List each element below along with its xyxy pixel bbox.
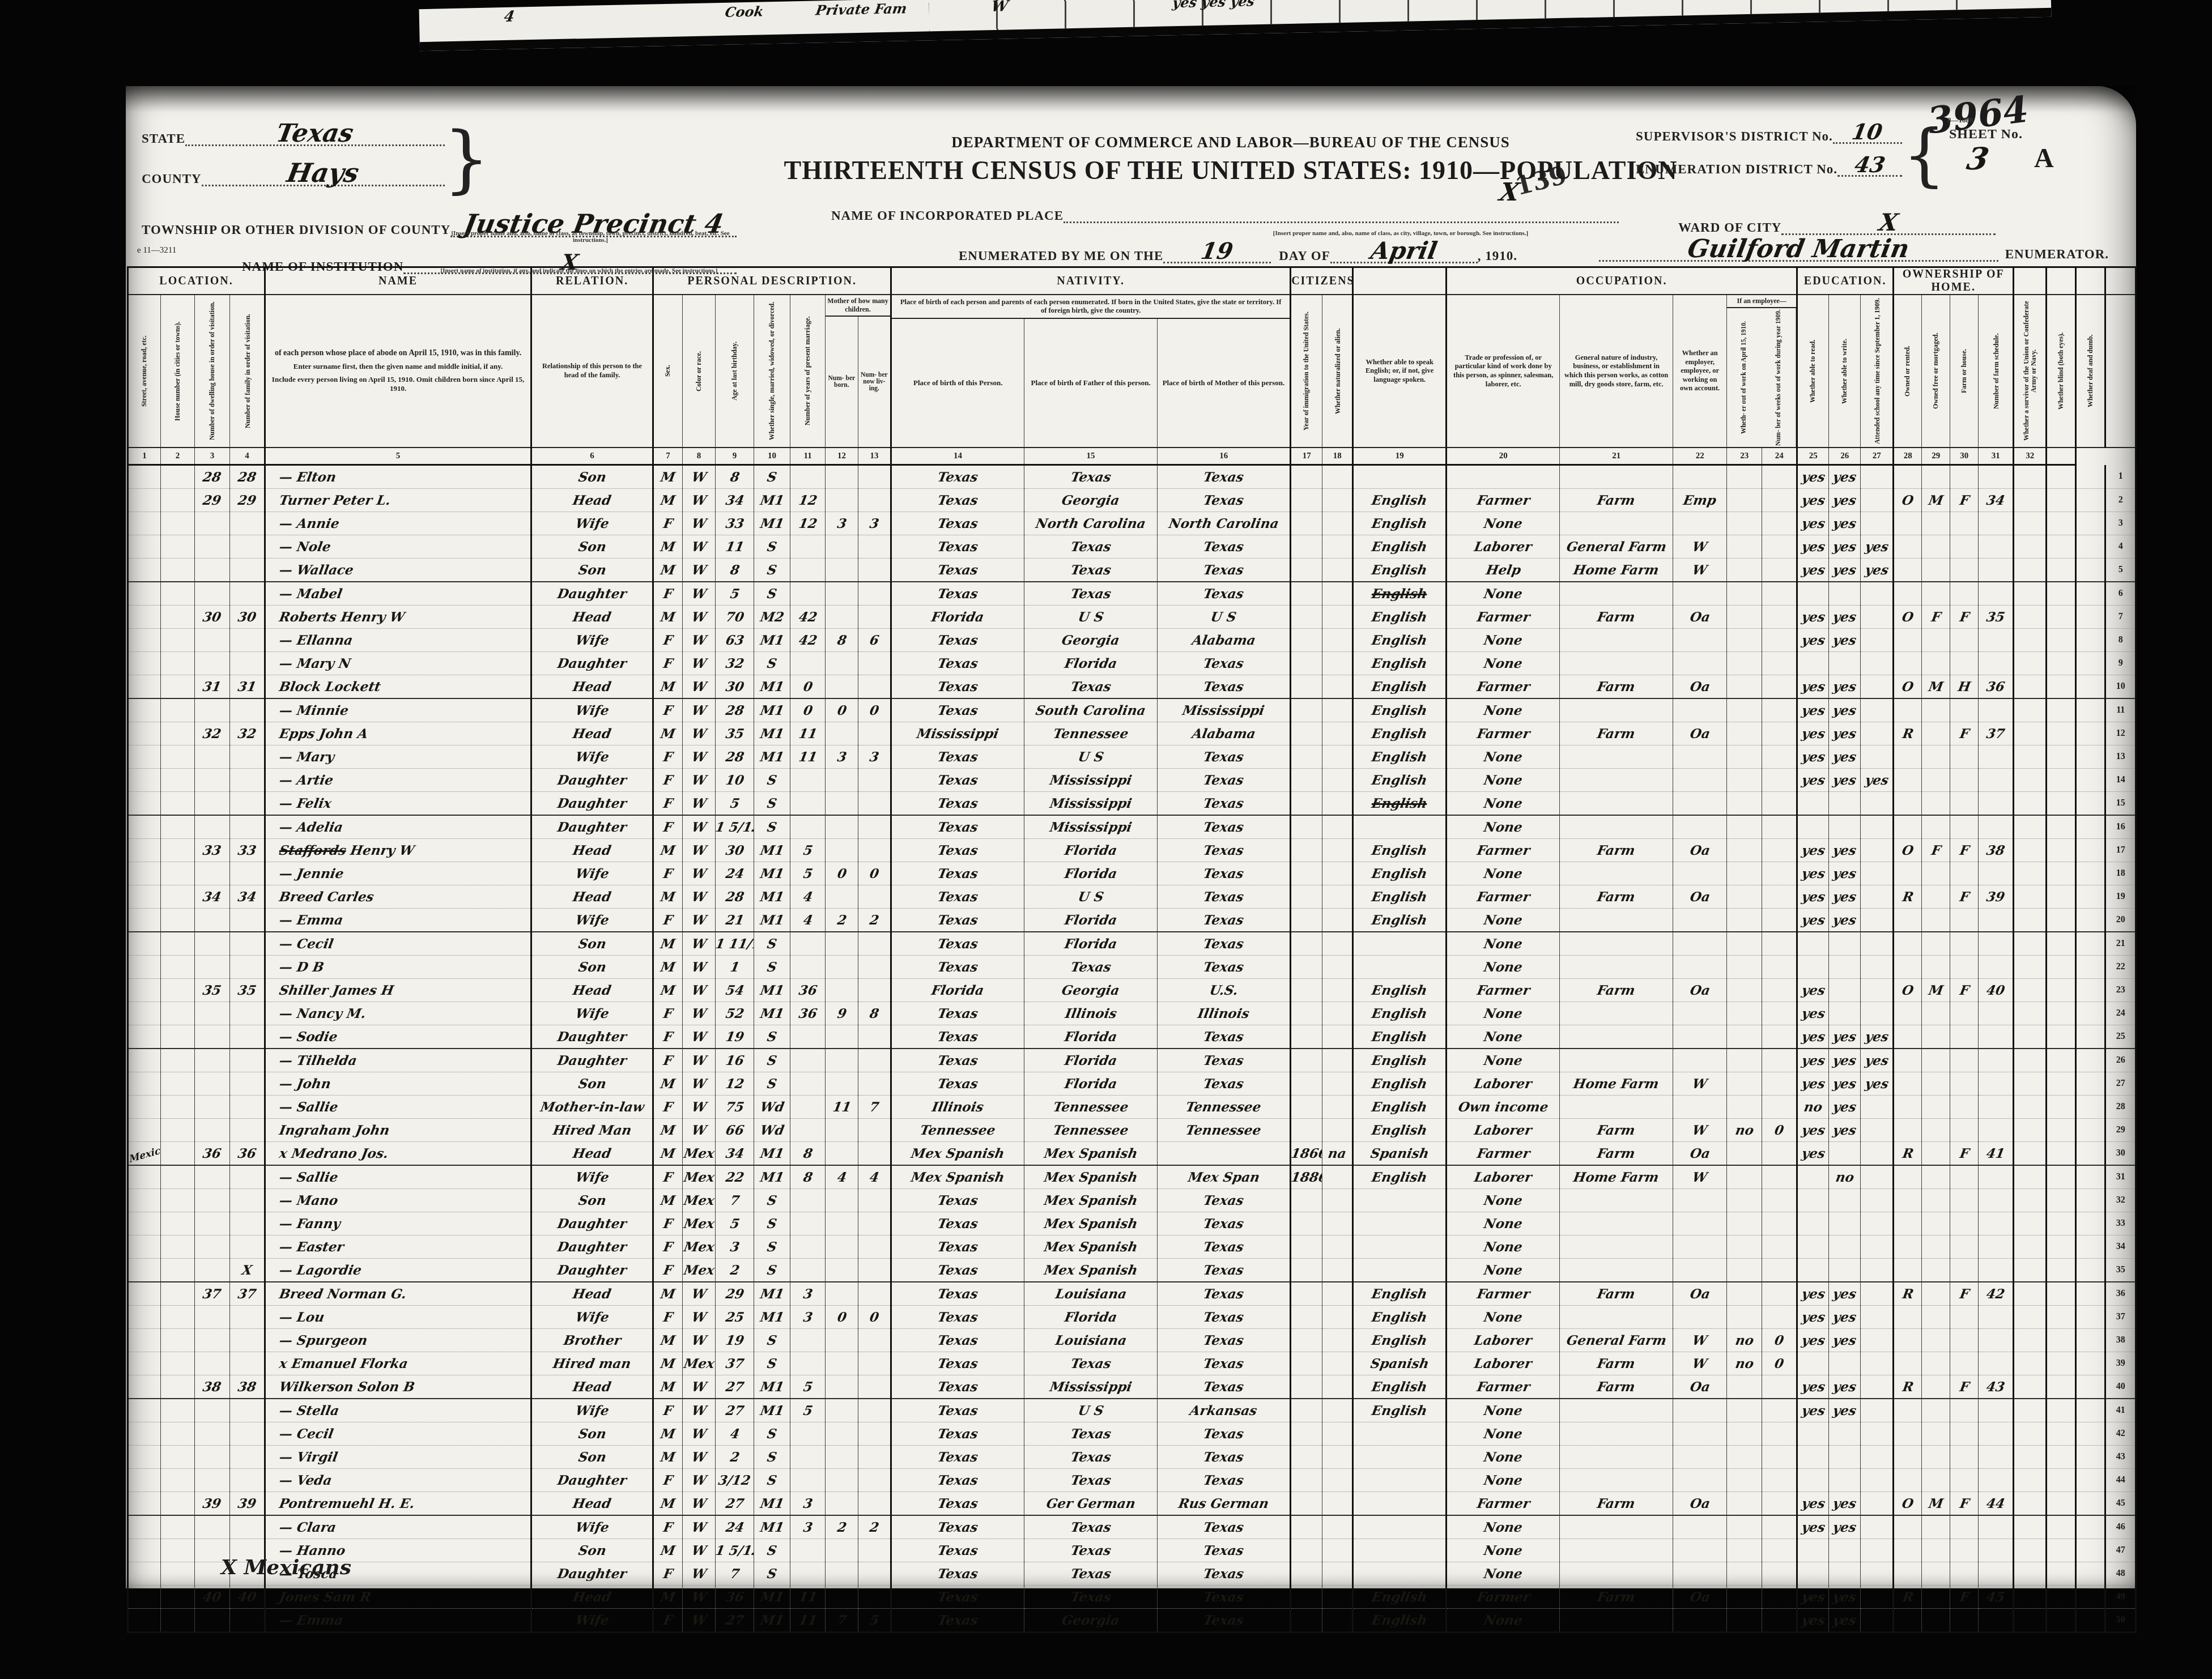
handwritten-value: None <box>1483 516 1524 531</box>
cell-children_born <box>826 885 858 909</box>
cell-dwelling <box>195 1329 230 1352</box>
cell-employer_class <box>1673 815 1727 839</box>
cell-name: — Sallie <box>265 1096 531 1119</box>
handwritten-value: 32 <box>237 726 258 742</box>
cell-street <box>128 512 161 535</box>
handwritten-value: — Lou <box>278 1310 326 1325</box>
handwritten-value: M1 <box>759 1379 785 1395</box>
handwritten-value: W <box>690 1053 708 1068</box>
handwritten-value: F <box>662 633 674 648</box>
handwritten-value: Mississippi <box>1049 796 1133 811</box>
cell-children_living <box>858 1492 891 1516</box>
handwritten-value: W <box>690 1496 708 1511</box>
cell-industry <box>1560 792 1673 816</box>
handwritten-value: Daughter <box>556 1566 628 1582</box>
handwritten-value: — Nancy M. <box>278 1006 367 1021</box>
cell-age: 11 <box>716 535 754 559</box>
label-immigration: Year of immigration to the United States… <box>1291 295 1322 448</box>
cell-name: Breed Norman G. <box>265 1282 531 1306</box>
cell-mother_birthplace: Texas <box>1158 1446 1291 1469</box>
handwritten-value: Farm <box>1596 983 1636 998</box>
cell-father_birthplace: Texas <box>1024 535 1158 559</box>
cell-relation: Son <box>531 932 653 956</box>
handwritten-value: W <box>690 749 708 765</box>
cell-reads: yes <box>1797 769 1829 792</box>
cell-relation: Brother <box>531 1329 653 1352</box>
cell-father_birthplace: Illinois <box>1024 1002 1158 1025</box>
handwritten-value: Oa <box>1688 983 1711 998</box>
cell-industry <box>1560 652 1673 675</box>
handwritten-value: 1 5/12 <box>716 820 754 835</box>
cell-occupation: Farmer <box>1447 839 1560 862</box>
cell-dwelling <box>195 535 230 559</box>
handwritten-value: yes <box>1800 913 1826 928</box>
cell-relation: Wife <box>531 1609 653 1633</box>
cell-occupation: Own income <box>1447 1096 1560 1119</box>
handwritten-value: 42 <box>797 610 818 625</box>
cell-children_born: 0 <box>826 1306 858 1329</box>
cell-house <box>161 745 195 769</box>
handwritten-value: Texas <box>1202 1613 1245 1628</box>
cell-years_married: 8 <box>790 1165 826 1189</box>
cell-father_birthplace: Texas <box>1024 1586 1158 1609</box>
handwritten-value: yes <box>1800 1029 1826 1045</box>
cell-occupation: Farmer <box>1447 606 1560 629</box>
cell-line: 36 <box>2105 1282 2136 1306</box>
handwritten-value: yes <box>1800 1076 1826 1092</box>
cell-name: — Clara <box>265 1515 531 1539</box>
handwritten-value: — Ellanna <box>278 633 354 648</box>
cell-children_living <box>858 1142 891 1166</box>
cell-reads: yes <box>1797 1072 1829 1096</box>
cell-dwelling: 35 <box>195 979 230 1002</box>
cell-house <box>161 956 195 979</box>
cell-street <box>128 629 161 652</box>
cell-children_born <box>826 956 858 979</box>
cell-children_living <box>858 535 891 559</box>
table-row: 3434Breed CarlesHeadMW28M14TexasU STexas… <box>128 885 2136 909</box>
handwritten-value: 44 <box>1985 1496 2006 1511</box>
handwritten-value: 34 <box>1985 493 2006 508</box>
handwritten-value: Louisiana <box>1054 1286 1128 1302</box>
cell-dwelling <box>195 932 230 956</box>
cell-immigration_year <box>1291 465 1322 489</box>
cell-family <box>230 535 265 559</box>
handwritten-value: Mex <box>683 1193 716 1208</box>
cell-farm_house: F <box>1950 489 1979 512</box>
cell-children_born: 3 <box>826 512 858 535</box>
census-title: THIRTEENTH CENSUS OF THE UNITED STATES: … <box>692 155 1769 185</box>
cell-sex: F <box>653 792 683 816</box>
handwritten-value: Texas <box>937 796 979 811</box>
cell-immigration_year <box>1291 1446 1322 1469</box>
handwritten-value: F <box>662 1216 674 1231</box>
handwritten-value: 32 <box>202 726 223 742</box>
handwritten-value: 39 <box>237 1496 258 1511</box>
cell-sex: F <box>653 862 683 885</box>
handwritten-value: 8 <box>836 633 848 648</box>
handwritten-value: F <box>662 913 674 928</box>
handwritten-value: W <box>690 610 708 625</box>
cell-owned_rented <box>1894 1119 1922 1142</box>
cell-father_birthplace: Florida <box>1024 909 1158 932</box>
cell-language <box>1353 1189 1447 1212</box>
cell-employer_class <box>1673 956 1727 979</box>
cell-owned_rented <box>1894 1422 1922 1446</box>
cell-naturalized <box>1322 559 1353 582</box>
cell-farm_house <box>1950 862 1979 885</box>
handwritten-value: M <box>660 562 677 578</box>
cell-owned_rented <box>1894 652 1922 675</box>
cell-language: English <box>1353 1165 1447 1189</box>
cell-immigration_year <box>1291 698 1322 722</box>
cell-owned_rented <box>1894 1306 1922 1329</box>
cell-deaf <box>2076 559 2105 582</box>
cell-weeks_out <box>1762 839 1797 862</box>
handwritten-value: Farmer <box>1475 1379 1531 1395</box>
cell-years_married: 11 <box>790 1586 826 1609</box>
cell-blind <box>2047 1422 2076 1446</box>
handwritten-value: 3 <box>729 1239 741 1255</box>
cell-occupation: None <box>1447 1446 1560 1469</box>
cell-marital: M1 <box>754 1282 790 1306</box>
handwritten-value: Texas <box>937 936 979 952</box>
cell-free_mortgaged <box>1922 535 1950 559</box>
cell-free_mortgaged <box>1922 1049 1950 1072</box>
cell-occupation: Farmer <box>1447 1282 1560 1306</box>
cell-marital: S <box>754 1259 790 1282</box>
cell-mother_birthplace: Rus German <box>1158 1492 1291 1516</box>
cell-farm_schedule <box>1979 1212 2014 1235</box>
handwritten-value: M <box>660 1356 677 1371</box>
cell-line: 45 <box>2105 1492 2136 1516</box>
cell-house <box>161 769 195 792</box>
cell-language: English <box>1353 629 1447 652</box>
cell-naturalized <box>1322 1539 1353 1562</box>
cell-reads <box>1797 1469 1829 1492</box>
cell-occupation: Help <box>1447 559 1560 582</box>
cell-marital: M1 <box>754 1609 790 1633</box>
handwritten-value: Arkansas <box>1189 1403 1258 1418</box>
cell-farm_house: F <box>1950 979 1979 1002</box>
cell-naturalized <box>1322 1212 1353 1235</box>
cell-birthplace: Texas <box>891 652 1024 675</box>
cell-free_mortgaged <box>1922 909 1950 932</box>
cell-owned_rented <box>1894 1212 1922 1235</box>
cell-immigration_year: 1886 <box>1291 1165 1322 1189</box>
sheet-value: 3 <box>1964 140 1992 177</box>
cell-occupation: None <box>1447 582 1560 606</box>
cell-birthplace: Texas <box>891 885 1024 909</box>
handwritten-value: 24 <box>724 866 745 881</box>
handwritten-value: Texas <box>937 679 979 694</box>
handwritten-value: Farmer <box>1475 1146 1531 1161</box>
cell-mother_birthplace: Texas <box>1158 652 1291 675</box>
cell-blind <box>2047 1375 2076 1399</box>
label-color: Color or race. <box>683 295 716 448</box>
cell-sex: F <box>653 512 683 535</box>
handwritten-value: English <box>1371 773 1428 788</box>
cell-street <box>128 1375 161 1399</box>
cell-father_birthplace: Texas <box>1024 1422 1158 1446</box>
cell-mother_birthplace: Texas <box>1158 745 1291 769</box>
handwritten-value: Farmer <box>1475 726 1531 742</box>
cell-survivor <box>2014 652 2047 675</box>
cell-relation: Head <box>531 1282 653 1306</box>
handwritten-value: — Virgil <box>278 1450 339 1465</box>
cell-language <box>1353 1446 1447 1469</box>
cell-farm_schedule <box>1979 792 2014 816</box>
cell-dwelling <box>195 862 230 885</box>
cell-employer_class: Oa <box>1673 1492 1727 1516</box>
handwritten-value: yes <box>1800 1123 1826 1138</box>
handwritten-value: — Felix <box>278 796 333 811</box>
handwritten-value: Block Lockett <box>278 679 382 694</box>
cell-mother_birthplace: Texas <box>1158 862 1291 885</box>
group-title: OCCUPATION. <box>1447 267 1797 295</box>
cell-owned_rented <box>1894 769 1922 792</box>
handwritten-value: M1 <box>759 1403 785 1418</box>
cell-writes <box>1829 1469 1861 1492</box>
cell-marital: S <box>754 769 790 792</box>
label-age: Age at last birthday. <box>716 295 754 448</box>
cell-blind <box>2047 652 2076 675</box>
handwritten-value: 30 <box>724 679 745 694</box>
cell-naturalized <box>1322 1025 1353 1049</box>
handwritten-value: Farm <box>1596 1286 1636 1302</box>
cell-sex: M <box>653 1282 683 1306</box>
cell-farm_house: F <box>1950 1586 1979 1609</box>
cell-marital: S <box>754 1329 790 1352</box>
label-trade: Trade or profession of, or particular ki… <box>1447 295 1560 448</box>
cell-dwelling: 39 <box>195 1492 230 1516</box>
state-value: Texas <box>274 119 356 148</box>
cell-mother_birthplace: Texas <box>1158 675 1291 699</box>
handwritten-value: M <box>660 936 677 952</box>
cell-birthplace: Texas <box>891 629 1024 652</box>
cell-line: 6 <box>2105 582 2136 606</box>
handwritten-value: W <box>690 1029 708 1045</box>
enumerated-label: ENUMERATED BY ME ON THE <box>959 249 1163 263</box>
handwritten-value: English <box>1371 1403 1428 1418</box>
cell-language: English <box>1353 512 1447 535</box>
cell-industry: Farm <box>1560 1492 1673 1516</box>
handwritten-value: Head <box>572 889 612 905</box>
cell-farm_house <box>1950 1469 1979 1492</box>
handwritten-value: 34 <box>724 1146 745 1161</box>
handwritten-value: S <box>766 1473 778 1488</box>
label-reads: Whether able to read. <box>1797 295 1829 448</box>
cell-industry: Home Farm <box>1560 1165 1673 1189</box>
cell-immigration_year <box>1291 675 1322 699</box>
handwritten-value: 40 <box>1985 983 2006 998</box>
cell-family <box>230 629 265 652</box>
cell-sex: F <box>653 582 683 606</box>
handwritten-value: Mex <box>683 1263 716 1278</box>
cell-father_birthplace: Ger German <box>1024 1492 1158 1516</box>
cell-deaf <box>2076 1282 2105 1306</box>
handwritten-value: 27 <box>724 1403 745 1418</box>
handwritten-value: F <box>662 1310 674 1325</box>
cell-race: Mex <box>683 1189 716 1212</box>
handwritten-value: Texas <box>937 889 979 905</box>
cell-sex: F <box>653 1609 683 1633</box>
handwritten-value: 11 <box>724 539 745 555</box>
cell-farm_schedule <box>1979 512 2014 535</box>
cell-owned_rented: R <box>1894 1282 1922 1306</box>
cell-employer_class <box>1673 1422 1727 1446</box>
handwritten-value: Farm <box>1596 493 1636 508</box>
cell-sex: F <box>653 1165 683 1189</box>
handwritten-value: Epps John A <box>278 726 369 742</box>
cell-dwelling <box>195 1469 230 1492</box>
column-number: 2 <box>161 448 195 465</box>
handwritten-value: Tennessee <box>1052 1123 1130 1138</box>
cell-house <box>161 465 195 489</box>
form-code-small: 8—1880 <box>1947 116 1973 125</box>
column-number: 9 <box>716 448 754 465</box>
handwritten-value: W <box>1691 1123 1709 1138</box>
cell-free_mortgaged <box>1922 1446 1950 1469</box>
cell-writes <box>1829 1142 1861 1166</box>
cell-reads <box>1797 815 1829 839</box>
table-row: — TilheldaDaughterFW16STexasFloridaTexas… <box>128 1049 2136 1072</box>
cell-employer_class: Oa <box>1673 1282 1727 1306</box>
handwritten-value: Illinois <box>931 1100 985 1115</box>
handwritten-value: Laborer <box>1473 1333 1533 1348</box>
cell-years_married: 8 <box>790 1142 826 1166</box>
cell-free_mortgaged: M <box>1922 675 1950 699</box>
cell-blind <box>2047 839 2076 862</box>
cell-children_living <box>858 1212 891 1235</box>
cell-blind <box>2047 675 2076 699</box>
cell-children_living <box>858 606 891 629</box>
cell-house <box>161 862 195 885</box>
cell-deaf <box>2076 1446 2105 1469</box>
handwritten-value: Georgia <box>1061 1613 1121 1628</box>
group-title: PERSONAL DESCRIPTION. <box>653 267 891 295</box>
cell-children_living: 4 <box>858 1165 891 1189</box>
cell-name: — Adelia <box>265 815 531 839</box>
cell-farm_schedule <box>1979 1469 2014 1492</box>
cell-street <box>128 1235 161 1259</box>
label-naturalized: Whether naturalized or alien. <box>1322 295 1353 448</box>
handwritten-value: English <box>1371 1170 1428 1185</box>
cell-mother_birthplace: Texas <box>1158 465 1291 489</box>
cell-sex: M <box>653 465 683 489</box>
handwritten-value: M <box>660 610 677 625</box>
handwritten-value: Mex <box>683 1356 716 1371</box>
cell-years_married <box>790 1446 826 1469</box>
cell-street <box>128 1586 161 1609</box>
handwritten-value: 34 <box>237 889 258 905</box>
cell-name: Ingraham John <box>265 1119 531 1142</box>
cell-occupation: None <box>1447 1049 1560 1072</box>
handwritten-value: Farm <box>1596 1379 1636 1395</box>
cell-farm_schedule <box>1979 1329 2014 1352</box>
column-number: 24 <box>1762 448 1797 465</box>
cell-deaf <box>2076 1515 2105 1539</box>
cell-family <box>230 652 265 675</box>
cell-sex: M <box>653 1352 683 1375</box>
cell-race: Mex <box>683 1235 716 1259</box>
cell-occupation: None <box>1447 932 1560 956</box>
column-number: 20 <box>1447 448 1560 465</box>
handwritten-value: — Elton <box>278 470 338 485</box>
handwritten-value: Head <box>572 679 612 694</box>
cell-years_married: 5 <box>790 862 826 885</box>
cell-deaf <box>2076 512 2105 535</box>
cell-free_mortgaged <box>1922 465 1950 489</box>
cell-weeks_out <box>1762 652 1797 675</box>
cell-relation: Son <box>531 559 653 582</box>
handwritten-value: no <box>1734 1356 1755 1371</box>
handwritten-value: yes <box>1832 1613 1858 1628</box>
handwritten-value: Son <box>577 539 607 555</box>
cell-deaf <box>2076 582 2105 606</box>
cell-writes: yes <box>1829 1492 1861 1516</box>
cell-street <box>128 745 161 769</box>
handwritten-value: None <box>1483 1193 1524 1208</box>
cell-father_birthplace: Texas <box>1024 1446 1158 1469</box>
cell-street <box>128 606 161 629</box>
cell-owned_rented <box>1894 1446 1922 1469</box>
handwritten-value: English <box>1371 493 1428 508</box>
handwritten-value: 3 <box>836 749 848 765</box>
cell-age: 30 <box>716 675 754 699</box>
cell-age: 66 <box>716 1119 754 1142</box>
cell-farm_house: F <box>1950 606 1979 629</box>
handwritten-value: Florida <box>1064 866 1118 881</box>
cell-survivor <box>2014 1025 2047 1049</box>
handwritten-value: 0 <box>836 866 848 881</box>
cell-industry <box>1560 769 1673 792</box>
cell-name: — Emma <box>265 909 531 932</box>
table-row: — MabelDaughterFW5STexasTexasTexasEnglis… <box>128 582 2136 606</box>
cell-family: 40 <box>230 1586 265 1609</box>
cell-reads: yes <box>1797 1025 1829 1049</box>
cell-free_mortgaged <box>1922 885 1950 909</box>
handwritten-value: 12 <box>797 516 818 531</box>
cell-father_birthplace: Florida <box>1024 862 1158 885</box>
handwritten-value: 8 <box>869 1006 880 1021</box>
cell-writes: yes <box>1829 489 1861 512</box>
cell-employer_class: Oa <box>1673 885 1727 909</box>
cell-children_living <box>858 1189 891 1212</box>
handwritten-value: 5 <box>729 1216 741 1231</box>
cell-marital: S <box>754 1049 790 1072</box>
handwritten-value: Texas <box>937 866 979 881</box>
handwritten-value: Alabama <box>1190 726 1256 742</box>
table-row: — Nancy M.WifeFW52M13698TexasIllinoisIll… <box>128 1002 2136 1025</box>
cell-weeks_out <box>1762 1306 1797 1329</box>
cell-free_mortgaged <box>1922 1119 1950 1142</box>
handwritten-value: 28 <box>202 470 223 485</box>
employee-top: If an employee— <box>1727 295 1796 308</box>
handwritten-value: F <box>1958 983 1970 998</box>
handwritten-value: S <box>766 773 778 788</box>
cell-line: 29 <box>2105 1119 2136 1142</box>
cell-industry: Farm <box>1560 1586 1673 1609</box>
handwritten-value: yes <box>1832 1403 1858 1418</box>
cell-deaf <box>2076 885 2105 909</box>
handwritten-value: M1 <box>759 1146 785 1161</box>
cell-house <box>161 1072 195 1096</box>
cell-marital: S <box>754 535 790 559</box>
cell-farm_schedule: 39 <box>1979 885 2014 909</box>
handwritten-value: 29 <box>724 1286 745 1302</box>
cell-street <box>128 1025 161 1049</box>
